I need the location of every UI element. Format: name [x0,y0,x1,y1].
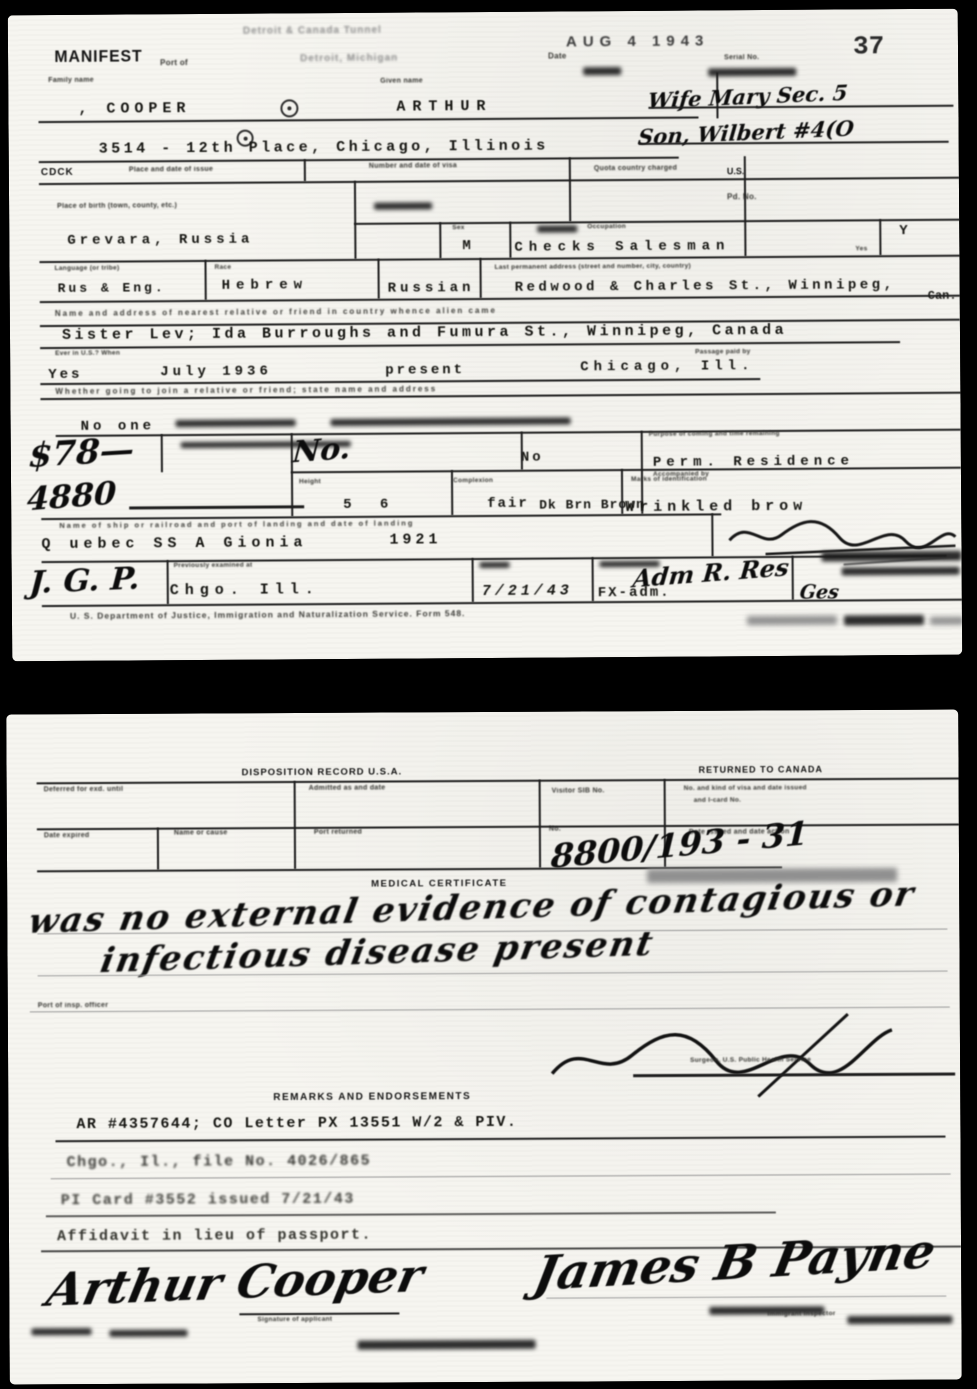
illegible-label-smudge [537,225,577,232]
form-line [38,117,698,124]
previously-examined-label: Previously examined at [174,562,253,570]
given-name-label: Given name [380,77,423,84]
destination-value: Chicago, Ill. [580,358,754,375]
form-line [479,258,481,298]
serial-no-label: Serial No. [724,54,759,61]
handwritten-initials: J. G. P. [28,561,140,602]
manifest-title: MANIFEST [54,46,142,67]
remark-line: PI Card #3552 issued 7/21/43 [61,1191,355,1210]
date-stamp: AUG 4 1943 [566,32,710,50]
occupation-value: Checks Salesman [514,238,730,256]
us-label: U.S. [727,166,745,176]
visitor-sib-label: Visitor SIB No. [552,787,605,794]
form-line [711,513,713,556]
form-line [291,467,961,474]
form-line [161,434,163,472]
port-stamp-line2: Detroit, Michigan [300,53,398,65]
vessel-value: Q uebec SS A Gionia [41,534,307,553]
last-address-value: Redwood & Charles St., Winnipeg, [515,277,896,296]
illegible-label-smudge [374,202,432,209]
form-line [56,429,961,437]
port-returned-label: Port returned [314,829,362,836]
issue-place-label: Place and date of issue [129,166,213,174]
form-line [39,255,962,263]
illegible-label-smudge [331,417,571,426]
illegible-stamp-smudge [358,1340,536,1350]
form-line [37,823,962,830]
form-line [621,469,623,514]
race-label: Race [214,264,231,271]
birthplace-label: Place of birth (town, county, etc.) [57,202,177,210]
form-line [472,558,474,602]
illegible-label-smudge [847,1316,952,1325]
remark-line: AR #4357644; CO Letter PX 13551 W/2 & PI… [76,1114,517,1133]
signature-line [239,1312,399,1315]
ever-in-us-value: Yes [48,367,82,383]
form-line [879,219,881,255]
previously-examined-date: 7/21/43 [482,582,573,600]
handwritten-dash [129,505,304,509]
disposition-header: DISPOSITION RECORD U.S.A. [242,766,403,778]
admitted-label: Admitted as and date [309,785,386,792]
complexion-label: Complexion [453,477,493,484]
illegible-stamp-smudge [842,567,960,576]
illegible-label-smudge [583,67,621,75]
illegible-stamp-smudge [31,1328,91,1335]
occupation-label: Occupation [587,223,626,230]
illegible-label-smudge [176,419,296,427]
handwritten-number: 4880 [26,474,117,519]
cdck-code: CDCK [41,167,74,178]
remark-line: Affidavit in lieu of passport. [57,1227,372,1246]
given-name-value: ARTHUR [396,98,492,116]
footer-text: U. S. Department of Justice, Immigration… [70,608,465,621]
sex-value: M [462,238,471,254]
form-line [509,222,511,258]
pd-no-label: Pd. No. [727,192,757,201]
form-line [521,432,523,470]
last-address-label: Last permanent address (street and numbe… [495,263,692,271]
quota-label: Quota country charged [594,165,677,173]
form-line [439,222,441,258]
remark-line: Chgo., Il., file No. 4026/865 [67,1153,372,1172]
ever-from-value: July 1936 [160,363,272,380]
illegible-label-smudge [708,68,796,77]
date-expired-label: Date expired [44,832,90,839]
form-line [792,556,794,600]
returned-sub-label-2: and I-card No. [694,797,742,804]
vessel-year: 1921 [389,531,441,548]
applicant-signature-label: Signature of applicant [257,1316,332,1323]
name-cause-label: Name or cause [174,829,228,836]
passage-paid-label: Passage paid by [695,348,751,355]
port-stamp-line1: Detroit & Canada Tunnel [243,25,382,37]
remarks-header: REMARKS AND ENDORSEMENTS [273,1091,471,1103]
circle-stamp-icon [280,99,298,117]
form-line [539,780,541,868]
handwritten-money: $78— [28,430,135,476]
ruled-line [55,1136,945,1143]
height-value: 5 6 [343,497,398,513]
form-line [744,156,747,256]
address-value: 3514 - 12th Place, Chicago, Illinois [99,138,549,158]
illegible-stamp-smudge [844,615,924,626]
form-line [39,177,962,185]
date-label: Date [548,51,567,60]
scanned-manifest-screenshot: { "colors": { "background": "#000000", "… [0,0,977,1389]
form-line [354,219,961,225]
family-name-value: , COOPER [78,100,190,118]
deferred-label: Deferred for exd. until [44,786,124,793]
form-line [294,781,296,869]
returned-canada-header: RETURNED TO CANADA [699,764,823,775]
form-line [37,777,962,784]
form-line [304,159,306,181]
join-label: Whether going to join a relative or frie… [55,384,437,396]
form-line [167,560,169,604]
visa-label: Number and date of visa [369,162,457,170]
illegible-stamp-smudge [109,1330,187,1337]
illegible-stamp-smudge [930,617,962,625]
can-read-label: Yes [855,245,867,252]
form-line [157,828,159,870]
surgeon-label: Surgeon, U.S. Public Health Service [690,1056,811,1064]
marks-label: Marks of identification [631,475,707,483]
form-line [592,557,594,601]
serial-number: 37 [853,31,884,61]
relative-label: Name and address of nearest relative or … [55,306,497,318]
illegible-label-smudge [709,1306,824,1315]
illegible-stamp-smudge [747,616,837,626]
language-value: Rus & Eng. [58,280,166,296]
returned-sub-label-1: No. and kind of visa and date issued [684,784,807,792]
form-line [40,295,962,303]
inspector-signature: James B Payne [530,1223,941,1302]
can-read-value: Y [899,223,908,239]
form-line [39,157,679,163]
complexion-value: fair [487,496,529,512]
manifest-card: MANIFEST Port of Detroit & Canada Tunnel… [8,9,962,662]
ruled-line [51,1174,951,1180]
purpose-label: Purpose of coming and time remaining [649,430,780,438]
family-name-label: Family name [48,77,94,84]
port-of-label: Port of [160,58,188,67]
stamp-dot [287,106,291,110]
height-label: Height [299,478,321,485]
language-label: Language (or tribe) [55,265,120,272]
form-line [354,181,357,259]
form-line [377,259,379,299]
race-value: Hebrew [222,277,309,294]
ever-in-us-label: Ever in U.S.? When [55,350,120,357]
port-insp-label: Port of insp. officer [38,1002,109,1009]
form-line [204,260,206,300]
ticket-value: No [521,450,544,466]
birthplace-value: Grevara, Russia [67,232,253,249]
previously-examined-place: Chgo. Ill. [170,581,320,599]
handwritten-no: No. [291,431,351,470]
disposition-card: DISPOSITION RECORD U.S.A. RETURNED TO CA… [6,710,961,1385]
illegible-label-smudge [480,562,510,568]
sex-label: Sex [452,224,465,231]
form-line [569,157,571,221]
nationality-value: Russian [388,280,475,297]
applicant-signature: Arthur Cooper [42,1248,428,1317]
vessel-label: Name of ship or railroad and port of lan… [59,518,414,529]
ruled-line [46,1211,776,1217]
ever-to-value: present [385,362,465,379]
